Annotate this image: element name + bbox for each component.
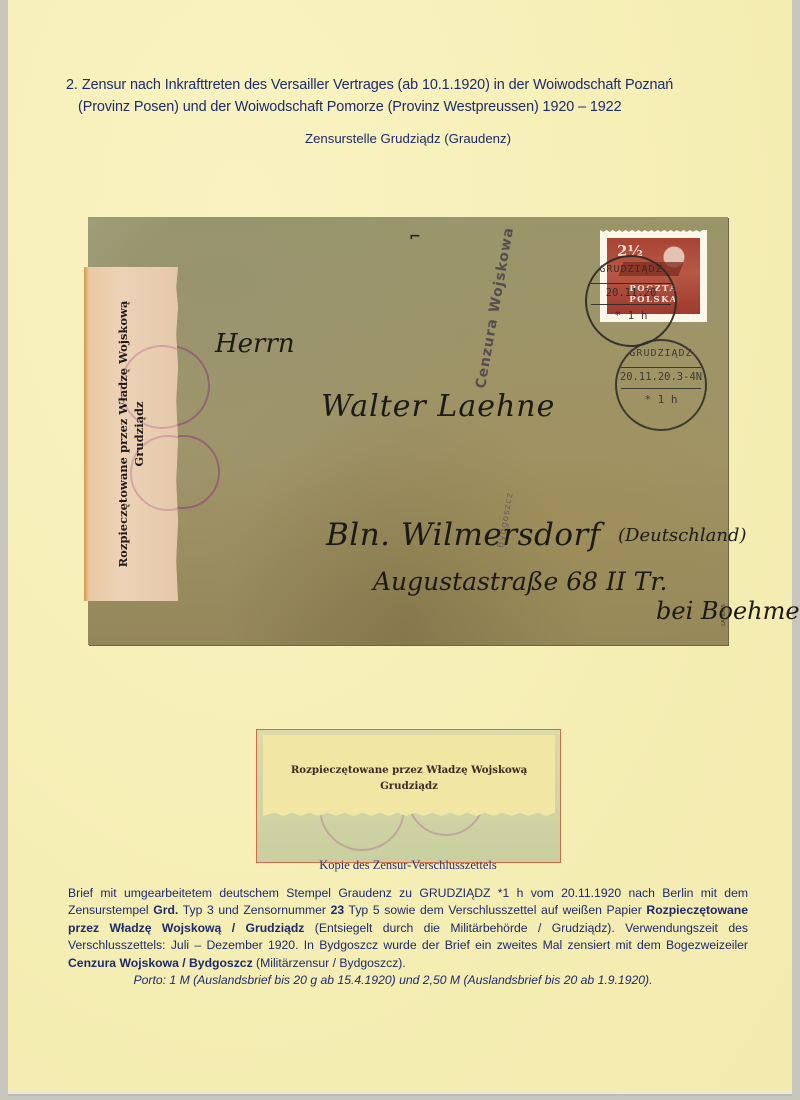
page-heading: 2. Zensur nach Inkrafttreten des Versail… xyxy=(66,74,766,118)
address-name: Walter Laehne xyxy=(321,389,555,424)
description-text: Brief mit umgearbeitetem deutschem Stemp… xyxy=(68,885,748,989)
heading-line-2: (Provinz Posen) und der Woiwodschaft Pom… xyxy=(66,96,766,118)
closure-label-copy-strip: Rozpieczętowane przez Władzę Wojskową Gr… xyxy=(263,735,555,816)
address-salutation: Herrn xyxy=(215,329,295,359)
envelope-cover: Rozpieczętowane przez Władzę Wojskową Gr… xyxy=(88,217,728,645)
closure-label-copy-text: Rozpieczętowane przez Władzę Wojskową Gr… xyxy=(263,762,555,794)
closure-label-text: Rozpieczętowane przez Władzę Wojskową Gr… xyxy=(115,301,147,568)
postmark-grudziadz-2: GRUDZIĄDZ 20.11.20.3-4N * 1 h xyxy=(615,339,707,431)
address-country: (Deutschland) xyxy=(618,525,746,546)
heading-line-1: Zensur nach Inkrafttreten des Versailler… xyxy=(82,77,673,93)
address-street: Augustastraße 68 II Tr. xyxy=(373,567,668,596)
address-city: Bln. Wilmersdorf xyxy=(326,517,601,553)
bydgoszcz-censor-mark: Cenzura Wojskowa xyxy=(473,226,517,390)
closure-label: Rozpieczętowane przez Władzę Wojskową Gr… xyxy=(84,267,178,601)
heading-number: 2. xyxy=(66,74,78,96)
closure-label-copy: Rozpieczętowane przez Władzę Wojskową Gr… xyxy=(256,729,561,863)
copy-caption: Kopie des Zensur-Verschlusszettels xyxy=(8,858,800,873)
postage-rate-note: Porto: 1 M (Auslandsbrief bis 20 g ab 15… xyxy=(68,972,748,989)
address-care-of: bei Boehme xyxy=(656,597,800,625)
printer-mark: LAPIDUS xyxy=(721,604,727,626)
page-subheading: Zensurstelle Grudziądz (Graudenz) xyxy=(8,131,800,146)
postmark-grudziadz-1: GRUDZIĄDZ 20.11.20 * 1 h xyxy=(585,255,677,347)
description-paragraph: Brief mit umgearbeitetem deutschem Stemp… xyxy=(68,885,748,972)
album-page: 2. Zensur nach Inkrafttreten des Versail… xyxy=(8,0,792,1092)
pencil-mark: ⌐ xyxy=(409,229,421,245)
